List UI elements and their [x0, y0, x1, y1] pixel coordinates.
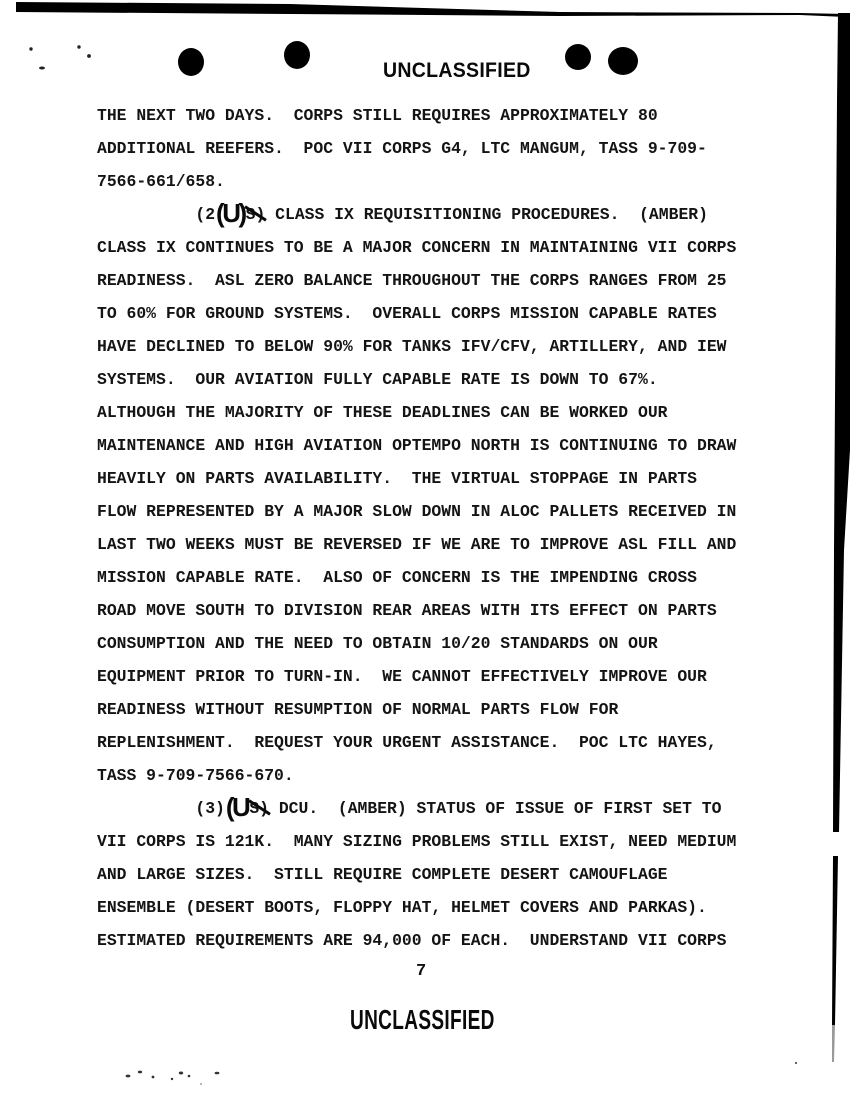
- page-number: 7: [416, 962, 426, 981]
- document-body: THE NEXT TWO DAYS. CORPS STILL REQUIRES …: [97, 99, 797, 957]
- scanned-document-page: UNCLASSIFIED THE NEXT TWO DAYS. CORPS ST…: [0, 0, 850, 1094]
- typed-text: (3): [97, 799, 225, 818]
- right-edge-scan-bar: [833, 550, 844, 832]
- document-line: MAINTENANCE AND HIGH AVIATION OPTEMPO NO…: [97, 429, 797, 462]
- handwritten-declass-mark: (U): [215, 198, 246, 228]
- document-line: CONSUMPTION AND THE NEED TO OBTAIN 10/20…: [97, 627, 797, 660]
- document-line: READINESS. ASL ZERO BALANCE THROUGHOUT T…: [97, 264, 797, 297]
- document-line: REPLENISHMENT. REQUEST YOUR URGENT ASSIS…: [97, 726, 797, 759]
- document-line: THE NEXT TWO DAYS. CORPS STILL REQUIRES …: [97, 99, 797, 132]
- document-line: VII CORPS IS 121K. MANY SIZING PROBLEMS …: [97, 825, 797, 858]
- document-line: MISSION CAPABLE RATE. ALSO OF CONCERN IS…: [97, 561, 797, 594]
- typed-text: DCU. (AMBER) STATUS OF ISSUE OF FIRST SE…: [269, 799, 721, 818]
- right-edge-scan-bar: [832, 1025, 835, 1062]
- punch-hole-mark: [608, 47, 638, 75]
- document-line: TASS 9-709-7566-670.: [97, 759, 797, 792]
- typed-text: (2: [97, 205, 215, 224]
- document-line: 7566-661/658.: [97, 165, 797, 198]
- handwritten-declass-mark: (U: [225, 792, 249, 822]
- punch-hole-mark: [284, 41, 310, 69]
- speckle-marks-bottom-left: [126, 1062, 798, 1085]
- punch-hole-mark: [178, 48, 204, 76]
- struck-classification-mark: S): [249, 792, 269, 825]
- right-edge-scan-bar: [832, 856, 838, 1025]
- right-edge-scan-bar: [834, 13, 850, 550]
- document-line: HAVE DECLINED TO BELOW 90% FOR TANKS IFV…: [97, 330, 797, 363]
- document-line: (3)(US) DCU. (AMBER) STATUS OF ISSUE OF …: [97, 792, 797, 825]
- document-line: TO 60% FOR GROUND SYSTEMS. OVERALL CORPS…: [97, 297, 797, 330]
- footer-classification-banner: UNCLASSIFIED: [350, 1004, 495, 1036]
- punch-hole-mark: [565, 44, 591, 70]
- document-line: ADDITIONAL REEFERS. POC VII CORPS G4, LT…: [97, 132, 797, 165]
- document-line: AND LARGE SIZES. STILL REQUIRE COMPLETE …: [97, 858, 797, 891]
- struck-classification-mark: S): [246, 198, 266, 231]
- document-line: ESTIMATED REQUIREMENTS ARE 94,000 OF EAC…: [97, 924, 797, 957]
- document-line: EQUIPMENT PRIOR TO TURN-IN. WE CANNOT EF…: [97, 660, 797, 693]
- header-classification-banner: UNCLASSIFIED: [383, 59, 531, 83]
- document-line: SYSTEMS. OUR AVIATION FULLY CAPABLE RATE…: [97, 363, 797, 396]
- document-line: ROAD MOVE SOUTH TO DIVISION REAR AREAS W…: [97, 594, 797, 627]
- document-line: (2(U)S) CLASS IX REQUISITIONING PROCEDUR…: [97, 198, 797, 231]
- speckle-marks-top-left: [29, 45, 91, 69]
- document-line: HEAVILY ON PARTS AVAILABILITY. THE VIRTU…: [97, 462, 797, 495]
- document-line: FLOW REPRESENTED BY A MAJOR SLOW DOWN IN…: [97, 495, 797, 528]
- document-line: ALTHOUGH THE MAJORITY OF THESE DEADLINES…: [97, 396, 797, 429]
- document-line: CLASS IX CONTINUES TO BE A MAJOR CONCERN…: [97, 231, 797, 264]
- typed-text: CLASS IX REQUISITIONING PROCEDURES. (AMB…: [265, 205, 708, 224]
- top-edge-scan-bar: [16, 2, 846, 17]
- document-line: LAST TWO WEEKS MUST BE REVERSED IF WE AR…: [97, 528, 797, 561]
- document-line: READINESS WITHOUT RESUMPTION OF NORMAL P…: [97, 693, 797, 726]
- document-line: ENSEMBLE (DESERT BOOTS, FLOPPY HAT, HELM…: [97, 891, 797, 924]
